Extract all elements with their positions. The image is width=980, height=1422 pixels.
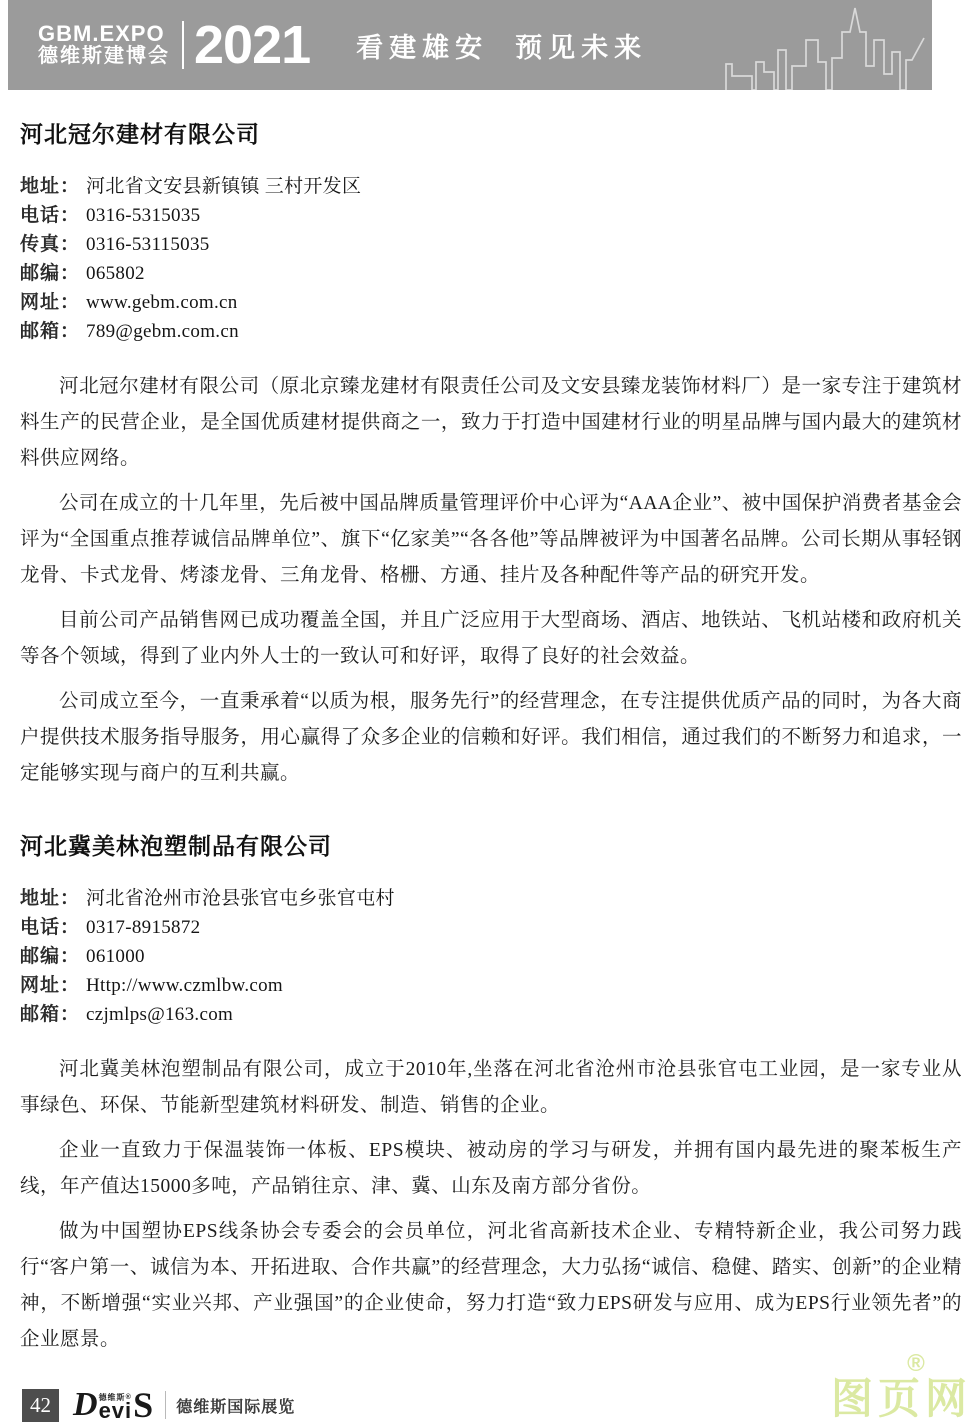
contact-row-website: 网址： Http://www.czmlbw.com (20, 970, 962, 999)
company-paragraph: 河北冠尔建材有限公司（原北京臻龙建材有限责任公司及文安县臻龙装饰材料厂）是一家专… (20, 369, 962, 477)
expo-banner: GBM.EXPO 德维斯建博会 2021 看建雄安 预见未来 (8, 0, 932, 90)
contact-value: Http://www.czmlbw.com (86, 975, 283, 997)
contact-value: 0317-8915872 (86, 917, 200, 939)
contact-label: 网址： (20, 287, 80, 314)
company-name: 河北冀美林泡塑制品有限公司 (20, 828, 962, 861)
company-section-guaner: 河北冠尔建材有限公司 地址： 河北省文安县新镇镇 三村开发区 电话： 0316-… (20, 116, 962, 792)
company-description: 河北冀美林泡塑制品有限公司，成立于2010年,坐落在河北省沧州市沧县张官屯工业园… (20, 1052, 962, 1358)
contact-row-website: 网址： www.gebm.com.cn (20, 287, 962, 316)
contact-row-email: 邮箱： czjmlps@163.com (20, 999, 962, 1028)
devis-logo-s: S (133, 1391, 153, 1420)
contact-label: 邮编： (20, 941, 80, 968)
page-content: 河北冠尔建材有限公司 地址： 河北省文安县新镇镇 三村开发区 电话： 0316-… (0, 0, 980, 1358)
contact-row-zip: 邮编： 061000 (20, 941, 962, 970)
contact-row-phone: 电话： 0316-5315035 (20, 200, 962, 229)
contact-label: 邮箱： (20, 999, 80, 1026)
contact-label: 邮箱： (20, 316, 80, 343)
contact-value: 河北省文安县新镇镇 三村开发区 (86, 171, 361, 198)
city-skyline-icon (722, 2, 932, 90)
contact-value: 0316-5315035 (86, 205, 200, 227)
contact-list: 地址： 河北省文安县新镇镇 三村开发区 电话： 0316-5315035 传真：… (20, 171, 962, 345)
contact-value: www.gebm.com.cn (86, 292, 238, 314)
contact-label: 电话： (20, 912, 80, 939)
contact-row-address: 地址： 河北省沧州市沧县张官屯乡张官屯村 (20, 883, 962, 912)
logo-divider (182, 21, 184, 69)
company-paragraph: 公司成立至今，一直秉承着“以质为根，服务先行”的经营理念，在专注提供优质产品的同… (20, 684, 962, 792)
contact-row-address: 地址： 河北省文安县新镇镇 三村开发区 (20, 171, 962, 200)
devis-logo: D 德维斯® evi S (73, 1391, 153, 1420)
expo-logo: GBM.EXPO 德维斯建博会 (38, 22, 170, 67)
devis-logo-evi: evi (99, 1402, 133, 1420)
contact-label: 邮编： (20, 258, 80, 285)
contact-row-fax: 传真： 0316-53115035 (20, 229, 962, 258)
footer-divider (165, 1391, 166, 1419)
company-paragraph: 企业一直致力于保温装饰一体板、EPS模块、被动房的学习与研发，并拥有国内最先进的… (20, 1133, 962, 1205)
company-paragraph: 河北冀美林泡塑制品有限公司，成立于2010年,坐落在河北省沧州市沧县张官屯工业园… (20, 1052, 962, 1124)
expo-slogan: 看建雄安 预见未来 (356, 26, 647, 65)
contact-list: 地址： 河北省沧州市沧县张官屯乡张官屯村 电话： 0317-8915872 邮编… (20, 883, 962, 1028)
contact-value: 061000 (86, 946, 145, 968)
contact-value: 0316-53115035 (86, 234, 210, 256)
contact-label: 地址： (20, 171, 80, 198)
footer-company-label: 德维斯国际展览 (176, 1394, 295, 1417)
company-section-jimeilin: 河北冀美林泡塑制品有限公司 地址： 河北省沧州市沧县张官屯乡张官屯村 电话： 0… (20, 828, 962, 1358)
contact-label: 网址： (20, 970, 80, 997)
contact-value: czjmlps@163.com (86, 1004, 233, 1026)
company-paragraph: 目前公司产品销售网已成功覆盖全国，并且广泛应用于大型商场、酒店、地铁站、飞机站楼… (20, 603, 962, 675)
company-description: 河北冠尔建材有限公司（原北京臻龙建材有限责任公司及文安县臻龙装饰材料厂）是一家专… (20, 369, 962, 792)
page-number-badge: 42 (22, 1389, 59, 1422)
page-number: 42 (30, 1393, 51, 1418)
devis-logo-mid: 德维斯® evi (99, 1394, 133, 1420)
contact-value: 065802 (86, 263, 145, 285)
contact-value: 河北省沧州市沧县张官屯乡张官屯村 (86, 883, 395, 910)
company-name: 河北冠尔建材有限公司 (20, 116, 962, 149)
contact-label: 电话： (20, 200, 80, 227)
expo-logo-cn: 德维斯建博会 (38, 46, 170, 68)
contact-label: 传真： (20, 229, 80, 256)
contact-row-phone: 电话： 0317-8915872 (20, 912, 962, 941)
tuyewang-watermark: ® 图页网 (831, 1352, 972, 1420)
contact-row-zip: 邮编： 065802 (20, 258, 962, 287)
expo-logo-en: GBM.EXPO (38, 22, 170, 46)
company-paragraph: 做为中国塑协EPS线条协会专委会的会员单位，河北省高新技术企业、专精特新企业，我… (20, 1214, 962, 1358)
expo-year: 2021 (194, 18, 310, 72)
company-paragraph: 公司在成立的十几年里，先后被中国品牌质量管理评价中心评为“AAA企业”、被中国保… (20, 486, 962, 594)
contact-row-email: 邮箱： 789@gebm.com.cn (20, 316, 962, 345)
contact-label: 地址： (20, 883, 80, 910)
registered-mark-icon: ® (907, 1352, 925, 1376)
catalog-page: GBM.EXPO 德维斯建博会 2021 看建雄安 预见未来 河北冠尔建材有限公… (0, 0, 980, 1422)
watermark-text: 图页网 (831, 1375, 972, 1422)
contact-value: 789@gebm.com.cn (86, 321, 239, 343)
devis-logo-d: D (73, 1391, 98, 1420)
